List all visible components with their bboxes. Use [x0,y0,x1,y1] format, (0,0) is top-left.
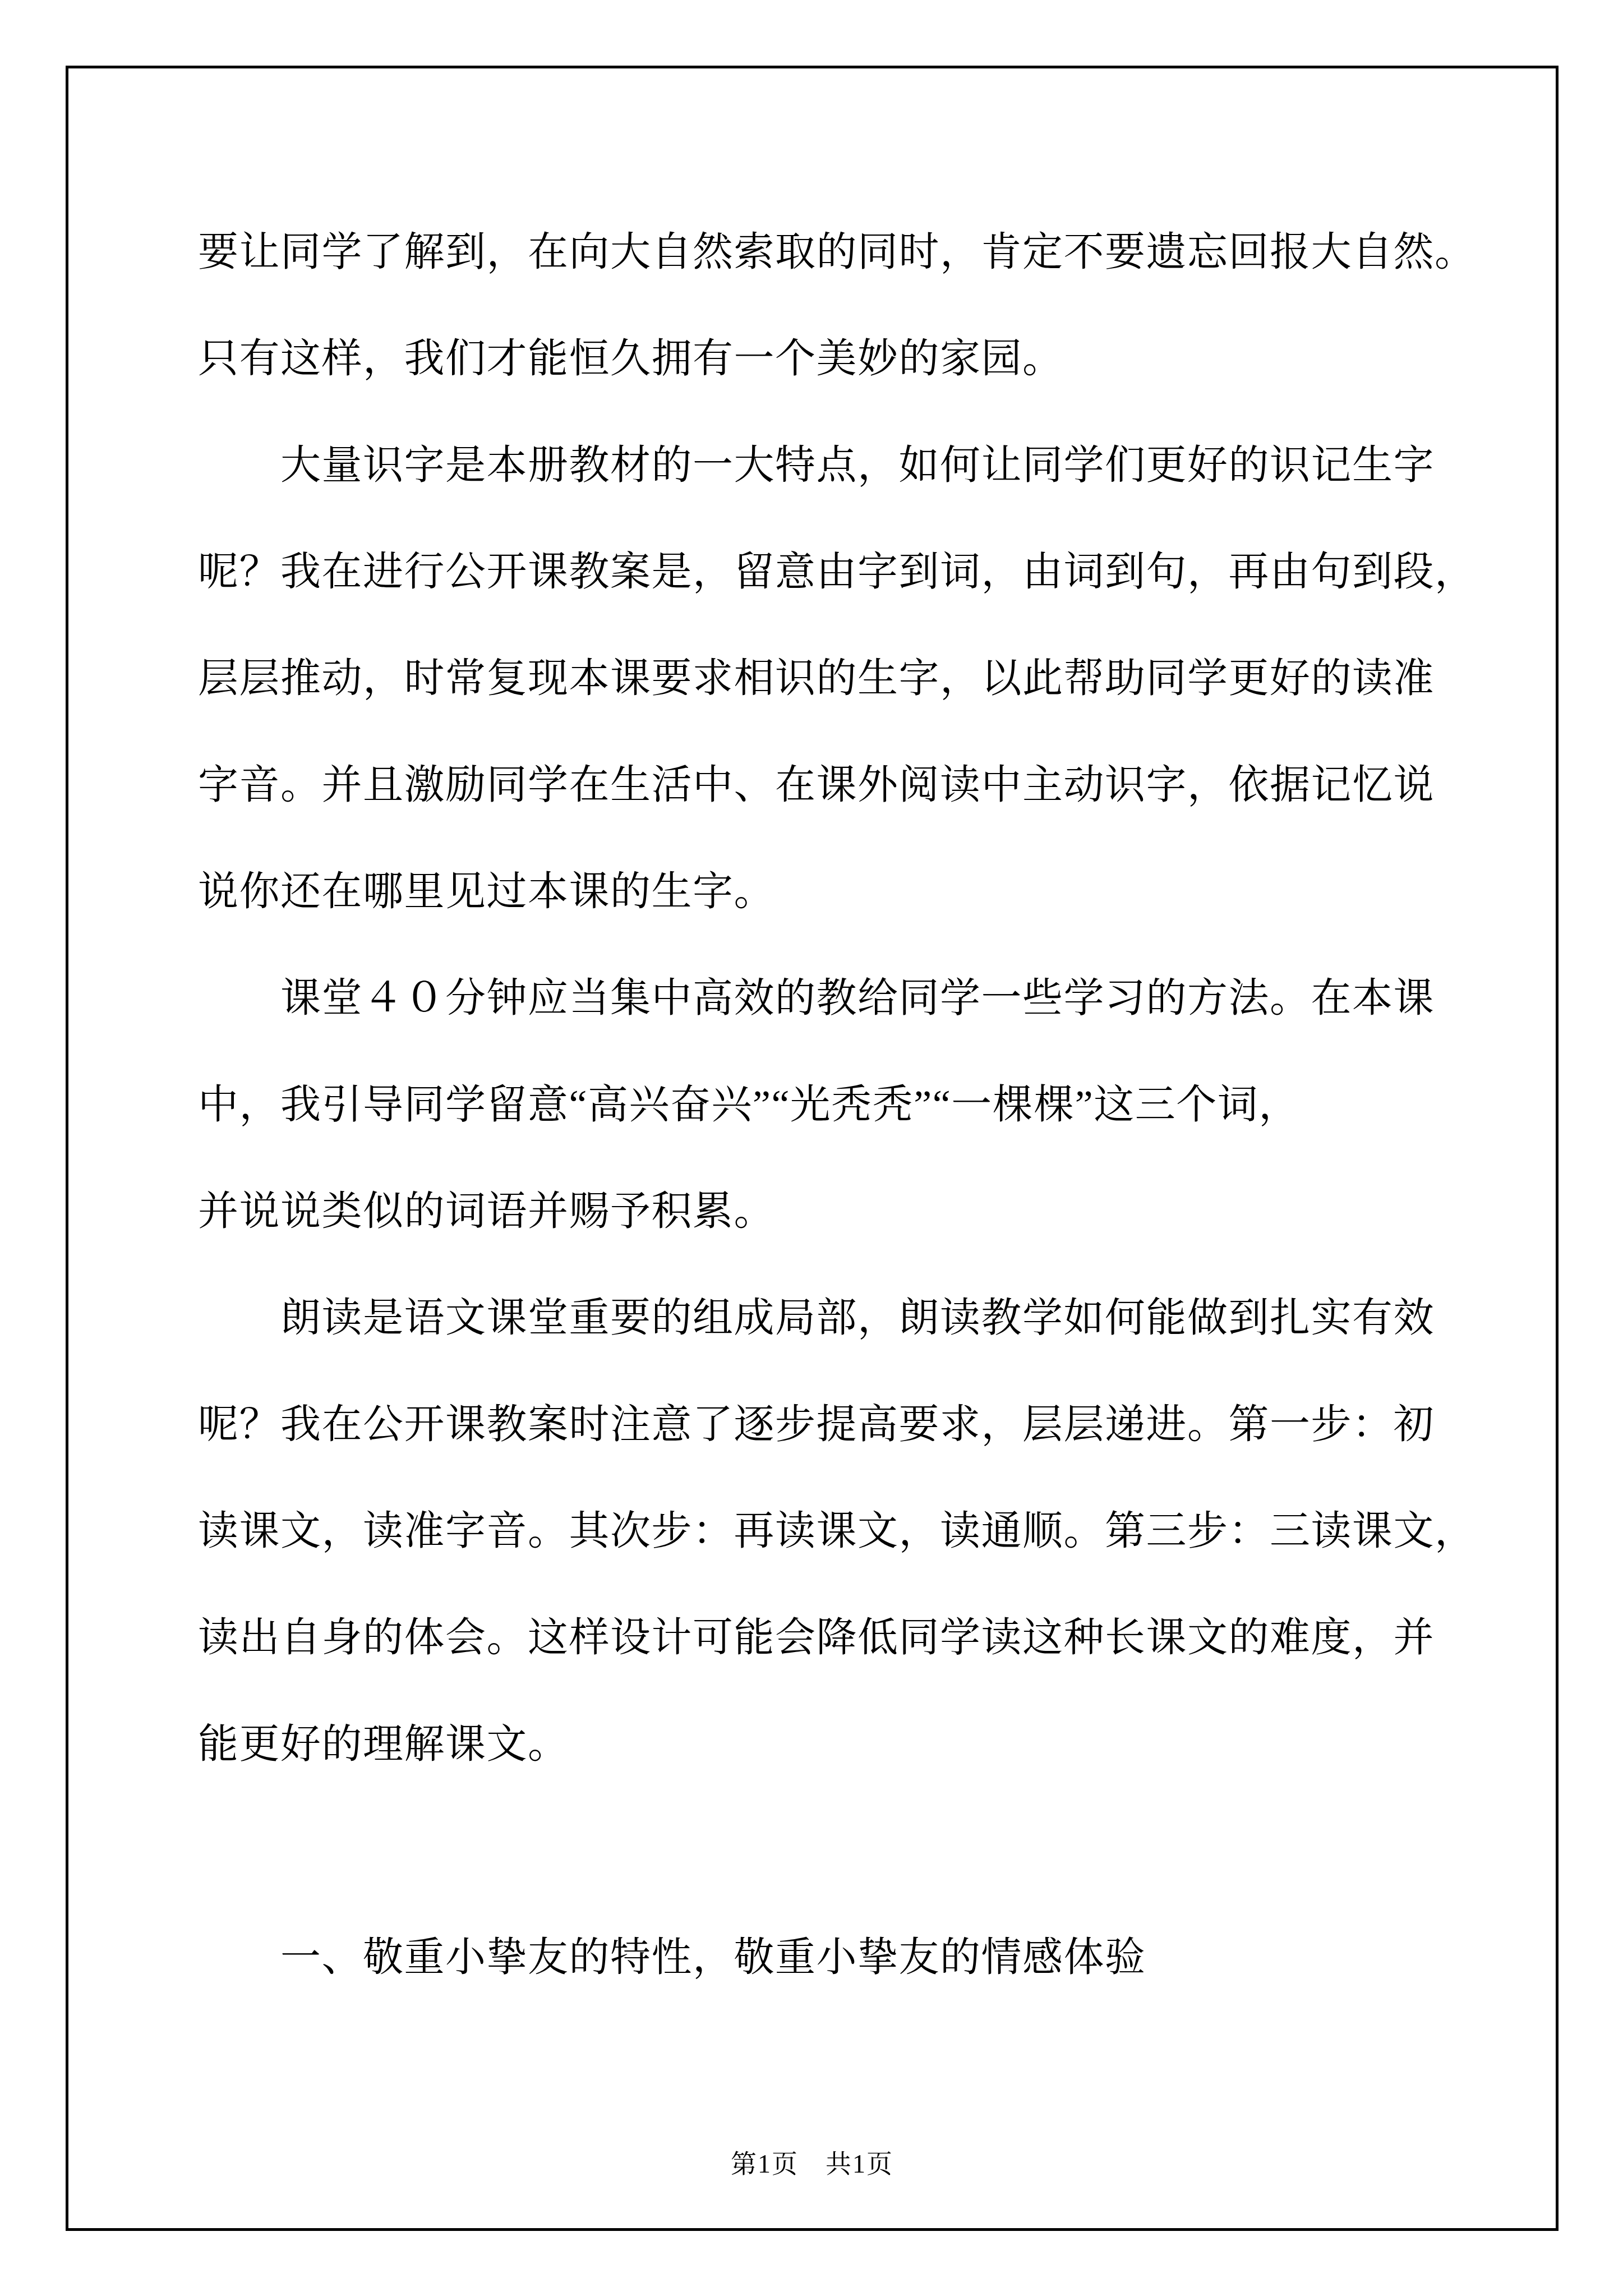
page-border-frame: 要让同学了解到，在向大自然索取的同时，肯定不要遗忘回报大自然。 只有这样，我们才… [66,66,1559,2231]
text-line: 呢？我在公开课教案时注意了逐步提高要求，层层递进。第一步：初 [198,1371,1485,1478]
text-line: 要让同学了解到，在向大自然索取的同时，肯定不要遗忘回报大自然。 [198,199,1485,305]
text-line: 能更好的理解课文。 [198,1691,1485,1797]
text-line: 层层推动，时常复现本课要求相识的生字，以此帮助同学更好的读准 [198,625,1485,731]
page-footer: 第1页 共1页 [68,2147,1556,2181]
text-line: 读出自身的体会。这样设计可能会降低同学读这种长课文的难度，并 [198,1584,1485,1691]
document-body: 要让同学了解到，在向大自然索取的同时，肯定不要遗忘回报大自然。 只有这样，我们才… [198,199,1485,2010]
text-line: 并说说类似的词语并赐予积累。 [198,1158,1485,1264]
blank-line [198,1797,1485,1904]
document-page: { "page": { "background": "#ffffff", "bo… [0,0,1623,2296]
text-line: 大量识字是本册教材的一大特点，如何让同学们更好的识记生字 [198,412,1485,518]
text-line: 朗读是语文课堂重要的组成局部，朗读教学如何能做到扎实有效 [198,1264,1485,1371]
text-line: 中，我引导同学留意“高兴奋兴”“光秃秃”“一棵棵”这三个词， [198,1051,1485,1158]
text-line: 说你还在哪里见过本课的生字。 [198,838,1485,945]
page-number-indicator: 第1页 共1页 [731,2150,893,2178]
text-line: 只有这样，我们才能恒久拥有一个美妙的家园。 [198,305,1485,412]
text-line: 呢？我在进行公开课教案是，留意由字到词，由词到句，再由句到段， [198,518,1485,625]
text-line: 字音。并且激励同学在生活中、在课外阅读中主动识字，依据记忆说 [198,731,1485,838]
text-line: 读课文，读准字音。其次步：再读课文，读通顺。第三步：三读课文， [198,1478,1485,1584]
text-line: 课堂４０分钟应当集中高效的教给同学一些学习的方法。在本课 [198,945,1485,1051]
section-heading: 一、敬重小挚友的特性，敬重小挚友的情感体验 [198,1904,1485,2010]
